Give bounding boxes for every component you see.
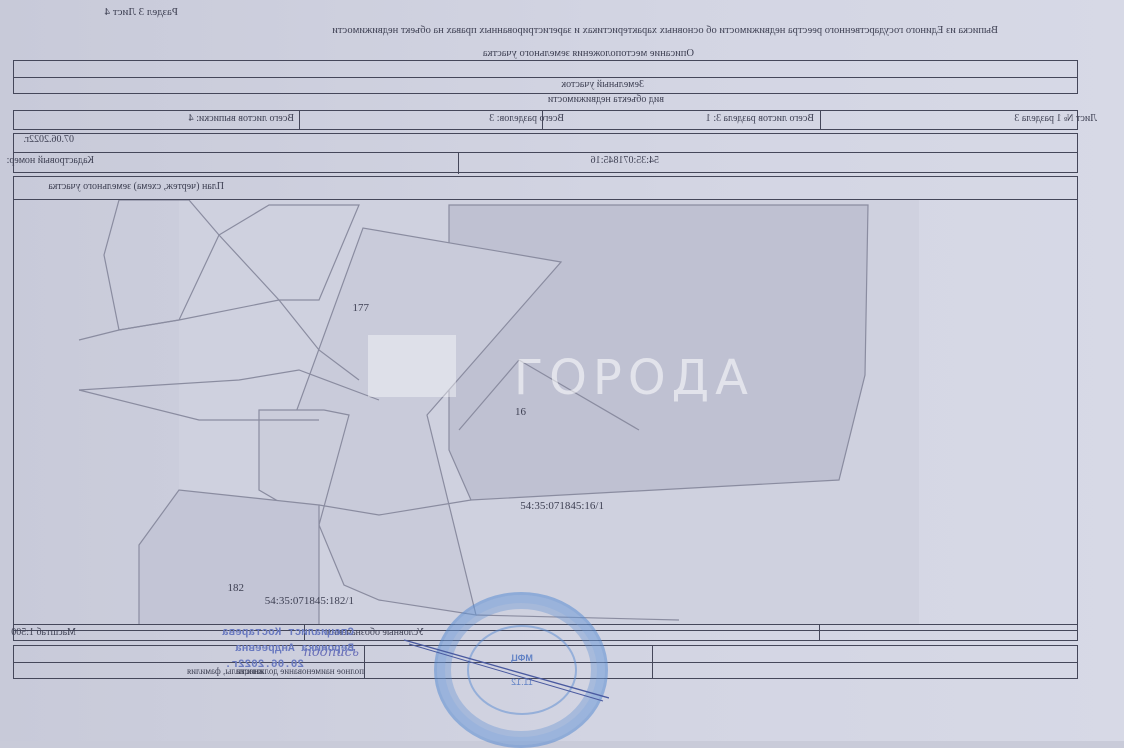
watermark-text: ГОРОДА (514, 350, 754, 406)
cadastral-number-label: Кадастровый номер: (7, 155, 94, 166)
parcel-label-16: 16 (515, 406, 526, 418)
object-type: Земельный участок (561, 79, 644, 90)
sheets-total: Всего листов выписки: 4 (189, 113, 294, 124)
sheet-number: Лист № 1 раздела 3 (1014, 113, 1097, 124)
extract-date: 07.06.2022г. (24, 134, 74, 145)
section-sheet-label: Раздел 3 Лист 4 (105, 6, 178, 18)
plan-caption: План (чертеж, схема) земельного участка (48, 181, 224, 192)
sheets-in-section: Всего листов раздела 3: 1 (706, 113, 814, 124)
stamp-name-line2: Вероника Андреевна (235, 643, 354, 655)
parcel-label-182-1: 54:35:071845:182/1 (265, 595, 354, 607)
parcel-label-16-1: 54:35:071845:16/1 (520, 500, 604, 512)
watermark-logo-icon (368, 335, 456, 397)
cadastral-number: 54:35:071845:16 (591, 155, 659, 166)
sections-total: Всего разделов: 3 (489, 113, 564, 124)
stamp-date: 20.06.2022г. (225, 659, 304, 671)
document-page: Раздел 3 Лист 4 Выписка из Единого госуд… (0, 0, 1124, 741)
document-subtitle: Описание местоположения земельного участ… (483, 48, 694, 59)
scale: Масштаб 1:500 (11, 627, 76, 638)
signature-stroke-icon (399, 638, 609, 708)
parcel-label-182: 182 (228, 582, 245, 594)
object-type-box (13, 60, 1078, 94)
stamp-name-line1: Специалист Костарева (222, 627, 354, 639)
date-cadastral-box (13, 133, 1078, 173)
object-type-caption: вид объекта недвижимости (548, 94, 664, 105)
parcel-label-177: 177 (353, 302, 370, 314)
parcel-plan (11, 200, 1079, 625)
document-title: Выписка из Единого государственного реес… (332, 25, 998, 36)
